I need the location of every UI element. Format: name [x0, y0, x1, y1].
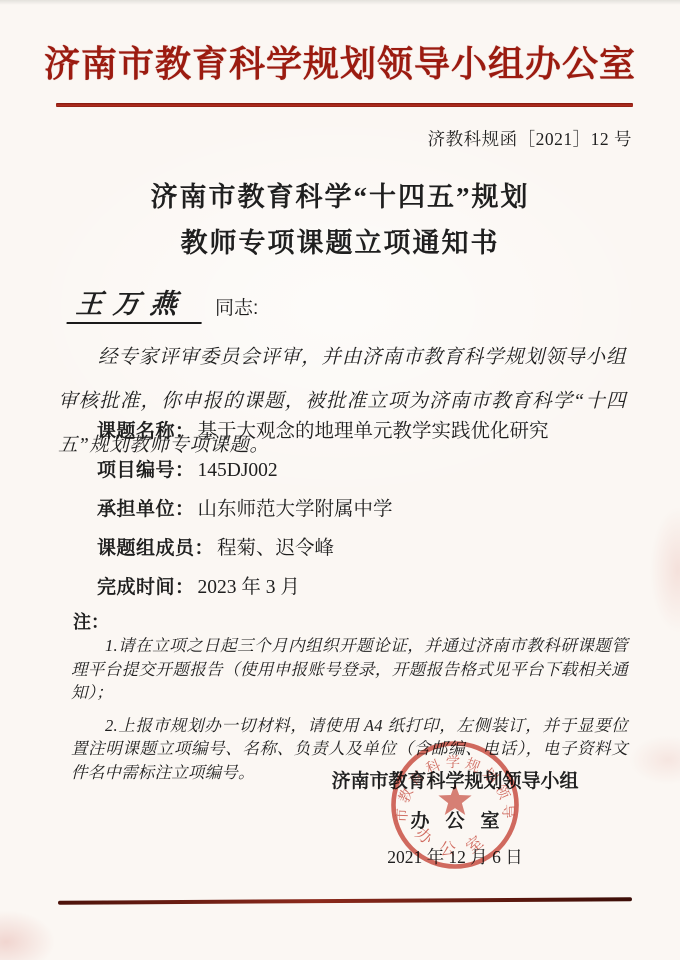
notes-heading: 注： — [73, 608, 109, 634]
project-fields: 课题名称：基于大观念的地理单元教学实践优化研究 项目编号：145DJ002 承担… — [97, 413, 617, 608]
field-label: 项目编号： — [97, 460, 195, 481]
document-number: 济教科规函［2021］12 号 — [428, 126, 632, 151]
bottom-red-rule — [58, 897, 632, 904]
seal-star-icon — [438, 783, 471, 815]
notice-title-line1: 济南市教育科学“十四五”规划 — [0, 175, 680, 214]
field-row-members: 课题组成员：程菊、迟令峰 — [97, 530, 617, 569]
field-row-topic-name: 课题名称：基于大观念的地理单元教学实践优化研究 — [97, 413, 617, 452]
field-value: 基于大观念的地理单元教学实践优化研究 — [198, 421, 549, 442]
svg-text:办公室: 办公室 — [412, 823, 498, 858]
official-seal-stamp: 济南市教育科学规划领导小组 办公室 — [373, 723, 537, 887]
field-value: 2023 年 3 月 — [198, 577, 300, 598]
letterhead-office-title: 济南市教育科学规划领导小组办公室 — [0, 36, 680, 87]
field-label: 课题名称： — [97, 421, 195, 442]
letterhead-red-rule — [56, 103, 633, 107]
field-row-project-id: 项目编号：145DJ002 — [97, 452, 617, 491]
field-value: 程菊、迟令峰 — [217, 538, 334, 559]
field-label: 完成时间： — [97, 577, 195, 598]
field-value: 山东师范大学附属中学 — [198, 499, 393, 520]
seal-bottom-text: 办公室 — [412, 823, 498, 858]
field-value: 145DJ002 — [198, 460, 278, 481]
addressee-line: 王万燕 同志: — [68, 282, 258, 324]
field-label: 承担单位： — [97, 499, 195, 520]
scanned-notice-document: 济南市教育科学规划领导小组办公室 济教科规函［2021］12 号 济南市教育科学… — [0, 0, 680, 960]
notice-title-line2: 教师专项课题立项通知书 — [0, 221, 680, 260]
field-row-deadline: 完成时间：2023 年 3 月 — [97, 569, 617, 608]
addressee-suffix: 同志: — [215, 293, 258, 324]
note-item-1: 1.请在立项之日起三个月内组织开题论证，并通过济南市教科研课题管理平台提交开题报… — [71, 634, 628, 705]
field-row-institution: 承担单位：山东师范大学附属中学 — [97, 491, 617, 530]
addressee-name: 王万燕 — [67, 282, 205, 324]
field-label: 课题组成员： — [97, 538, 214, 559]
